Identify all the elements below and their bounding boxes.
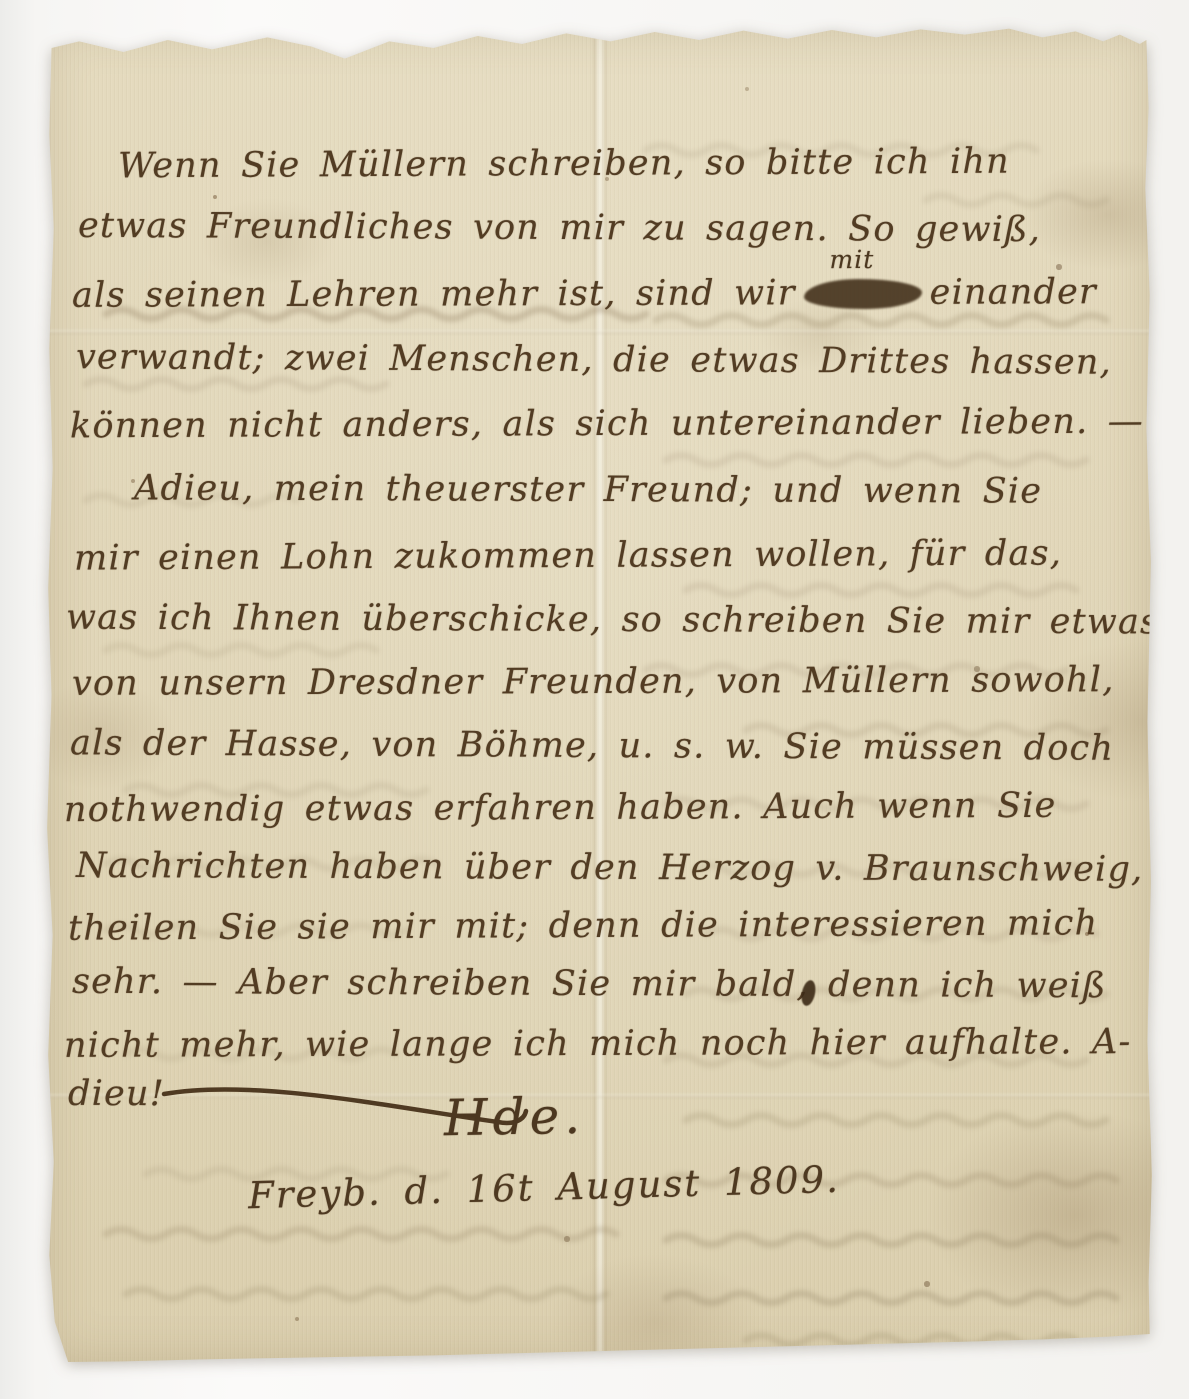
paper-speckles — [46, 28, 48, 30]
aged-paper-sheet: Wenn Sie Müllern schreiben, so bitte ich… — [46, 28, 1153, 1362]
scanned-letter-page: { "scan": { "background_color": "#f6f5f3… — [0, 0, 1189, 1399]
closing-flourish-stroke — [46, 28, 1153, 1362]
letter-scan: Wenn Sie Müllern schreiben, so bitte ich… — [46, 28, 1153, 1362]
signature: Hde. — [444, 1087, 586, 1147]
